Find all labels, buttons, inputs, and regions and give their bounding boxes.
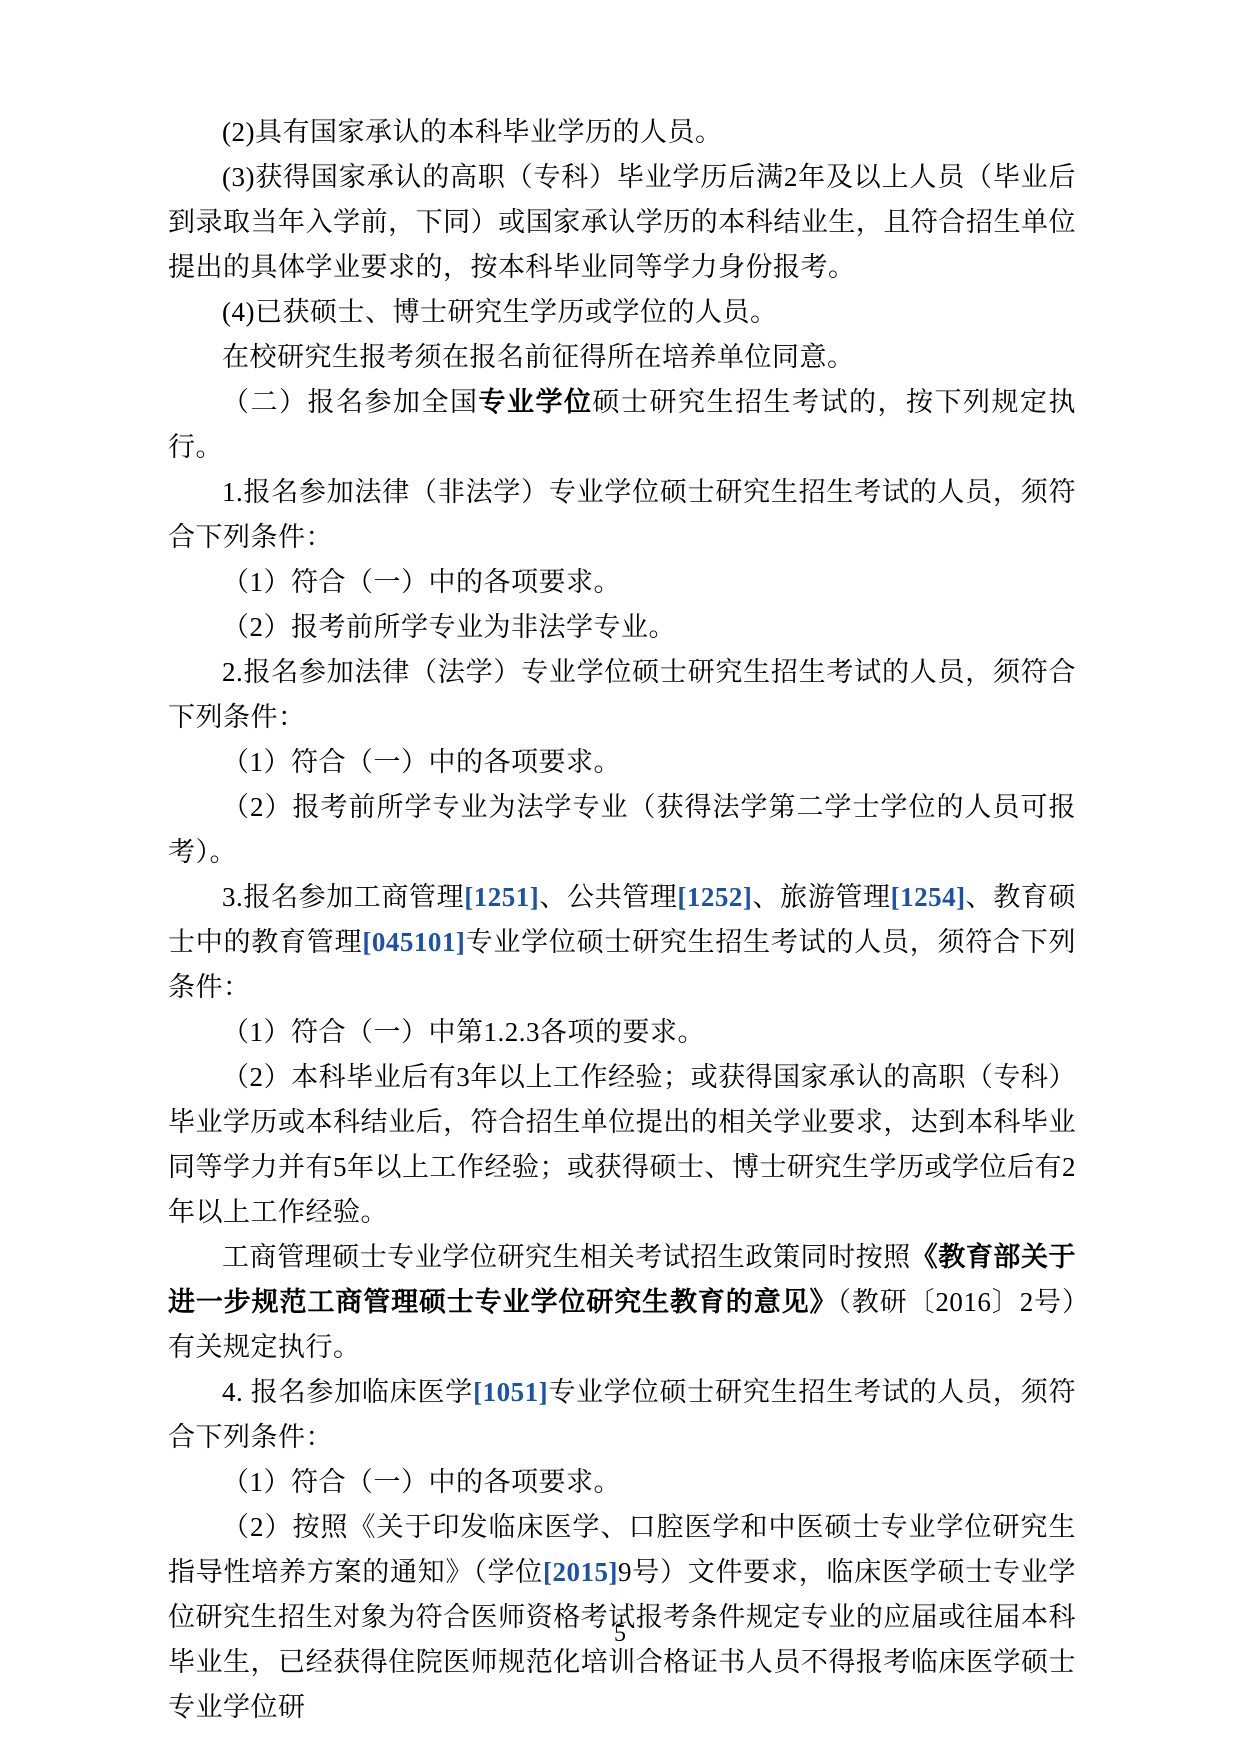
paragraph: 4. 报名参加临床医学[1051]专业学位硕士研究生招生考试的人员，须符合下列条… [168, 1370, 1076, 1460]
paragraph: （1）符合（一）中第1.2.3各项的要求。 [168, 1010, 1076, 1055]
paragraph: 3.报名参加工商管理[1251]、公共管理[1252]、旅游管理[1254]、教… [168, 875, 1076, 1010]
text-segment: 2.报名参加法律（法学）专业学位硕士研究生招生考试的人员，须符合下列条件： [168, 657, 1076, 732]
specialty-code: [2015] [543, 1557, 618, 1587]
text-segment: （2）报考前所学专业为法学专业（获得法学第二学士学位的人员可报考）。 [168, 792, 1076, 867]
paragraph: （2）本科毕业后有3年以上工作经验；或获得国家承认的高职（专科）毕业学历或本科结… [168, 1055, 1076, 1235]
specialty-code: [1252] [677, 882, 752, 912]
text-segment: 、旅游管理 [752, 882, 890, 912]
paragraph: （1）符合（一）中的各项要求。 [168, 1460, 1076, 1505]
specialty-code: [1051] [473, 1377, 548, 1407]
text-segment: （2）报考前所学专业为非法学专业。 [222, 612, 676, 642]
paragraph: （2）报考前所学专业为非法学专业。 [168, 605, 1076, 650]
text-segment: （二）报名参加全国 [222, 387, 479, 417]
text-segment: （2）本科毕业后有3年以上工作经验；或获得国家承认的高职（专科）毕业学历或本科结… [168, 1062, 1076, 1227]
paragraph: （1）符合（一）中的各项要求。 [168, 560, 1076, 605]
paragraph: (3)获得国家承认的高职（专科）毕业学历后满2年及以上人员（毕业后到录取当年入学… [168, 155, 1076, 290]
text-segment: （1）符合（一）中第1.2.3各项的要求。 [222, 1017, 705, 1047]
text-segment: 工商管理硕士专业学位研究生相关考试招生政策同时按照 [222, 1242, 911, 1272]
paragraph: (4)已获硕士、博士研究生学历或学位的人员。 [168, 290, 1076, 335]
text-segment: 在校研究生报考须在报名前征得所在培养单位同意。 [222, 342, 855, 372]
specialty-code: [1251] [464, 882, 539, 912]
bold-text-segment: 专业学位 [479, 387, 593, 417]
paragraph: 2.报名参加法律（法学）专业学位硕士研究生招生考试的人员，须符合下列条件： [168, 650, 1076, 740]
text-segment: (4)已获硕士、博士研究生学历或学位的人员。 [222, 297, 777, 327]
paragraph: （2）报考前所学专业为法学专业（获得法学第二学士学位的人员可报考）。 [168, 785, 1076, 875]
paragraph: 工商管理硕士专业学位研究生相关考试招生政策同时按照《教育部关于进一步规范工商管理… [168, 1235, 1076, 1370]
text-segment: 、公共管理 [539, 882, 677, 912]
text-segment: (3)获得国家承认的高职（专科）毕业学历后满2年及以上人员（毕业后到录取当年入学… [168, 162, 1076, 282]
specialty-code: [1254] [891, 882, 966, 912]
text-segment: 4. 报名参加临床医学 [222, 1377, 473, 1407]
paragraph: 在校研究生报考须在报名前征得所在培养单位同意。 [168, 335, 1076, 380]
paragraph: （1）符合（一）中的各项要求。 [168, 740, 1076, 785]
paragraph: 1.报名参加法律（非法学）专业学位硕士研究生招生考试的人员，须符合下列条件： [168, 470, 1076, 560]
document-body: (2)具有国家承认的本科毕业学历的人员。(3)获得国家承认的高职（专科）毕业学历… [168, 110, 1076, 1730]
paragraph: （二）报名参加全国专业学位硕士研究生招生考试的，按下列规定执行。 [168, 380, 1076, 470]
text-segment: （1）符合（一）中的各项要求。 [222, 747, 621, 777]
page-number: 5 [0, 1618, 1240, 1650]
text-segment: （1）符合（一）中的各项要求。 [222, 1467, 621, 1497]
text-segment: 3.报名参加工商管理 [222, 882, 464, 912]
specialty-code: [045101] [362, 927, 465, 957]
paragraph: (2)具有国家承认的本科毕业学历的人员。 [168, 110, 1076, 155]
text-segment: （1）符合（一）中的各项要求。 [222, 567, 621, 597]
text-segment: 1.报名参加法律（非法学）专业学位硕士研究生招生考试的人员，须符合下列条件： [168, 477, 1076, 552]
text-segment: (2)具有国家承认的本科毕业学历的人员。 [222, 117, 722, 147]
